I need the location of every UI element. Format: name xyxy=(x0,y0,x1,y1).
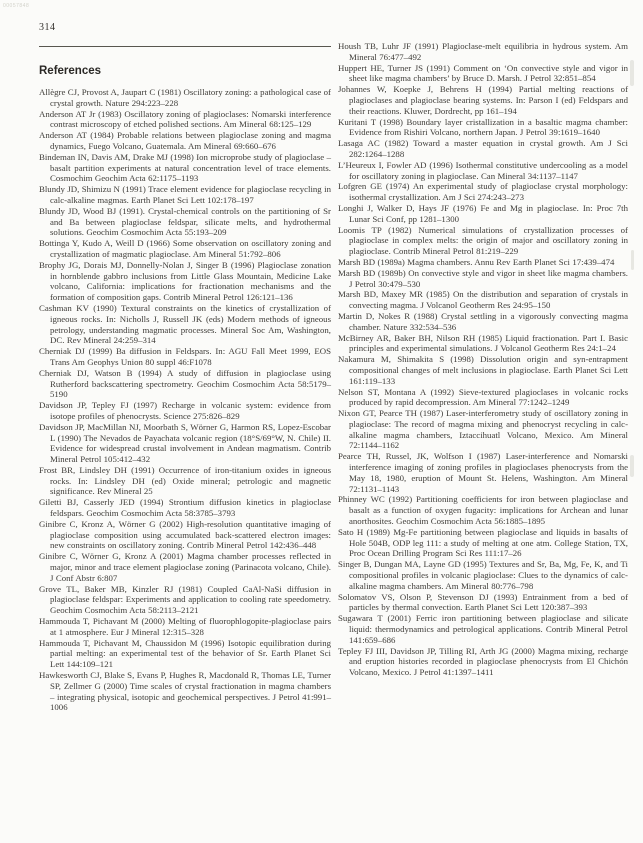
reference-entry: Singer B, Dungan MA, Layne GD (1995) Tex… xyxy=(338,559,628,591)
reference-entry: Loomis TP (1982) Numerical simulations o… xyxy=(338,225,628,257)
page-number: 314 xyxy=(39,22,56,33)
reference-entry: Allègre CJ, Provost A, Jaupart C (1981) … xyxy=(39,87,331,109)
references-column-right: Housh TB, Luhr JF (1991) Plagioclase-mel… xyxy=(338,41,628,678)
reference-entry: Nelson ST, Montana A (1992) Sieve-textur… xyxy=(338,387,628,409)
scan-artifact xyxy=(631,250,634,270)
reference-entry: Cashman KV (1990) Textural constraints o… xyxy=(39,303,331,346)
reference-entry: Giletti BJ, Casserly JED (1994) Strontiu… xyxy=(39,497,331,519)
reference-entry: Solomatov VS, Olson P, Stevenson DJ (199… xyxy=(338,592,628,614)
reference-entry: Nakamura M, Shimakita S (1998) Dissoluti… xyxy=(338,354,628,386)
header-rule xyxy=(39,46,331,47)
reference-entry: Pearce TH, Russel, JK, Wolfson I (1987) … xyxy=(338,451,628,494)
reference-entry: Housh TB, Luhr JF (1991) Plagioclase-mel… xyxy=(338,41,628,63)
reference-entry: Davidson JP, MacMillan NJ, Moorbath S, W… xyxy=(39,422,331,465)
reference-entry: Davidson JP, Tepley FJ (1997) Recharge i… xyxy=(39,400,331,422)
reference-entry: Cherniak DJ (1999) Ba diffusion in Felds… xyxy=(39,346,331,368)
reference-entry: Grove TL, Baker MB, Kinzler RJ (1981) Co… xyxy=(39,584,331,616)
reference-entry: Anderson AT Jr (1983) Oscillatory zoning… xyxy=(39,109,331,131)
reference-entry: Marsh BD, Maxey MR (1985) On the distrib… xyxy=(338,289,628,311)
reference-entry: L’Heureux I, Fowler AD (1996) Isothermal… xyxy=(338,160,628,182)
reference-entry: Anderson AT (1984) Probable relations be… xyxy=(39,130,331,152)
reference-entry: Johannes W, Koepke J, Behrens H (1994) P… xyxy=(338,84,628,116)
scan-artifact xyxy=(630,455,634,477)
reference-entry: Hammouda T, Pichavant M, Chaussidon M (1… xyxy=(39,638,331,670)
reference-entry: Huppert HE, Turner JS (1991) Comment on … xyxy=(338,63,628,85)
reference-entry: Ginibre C, Kronz A, Wörner G (2002) High… xyxy=(39,519,331,551)
reference-entry: Sato H (1989) Mg-Fe partitioning between… xyxy=(338,527,628,559)
reference-entry: Kuritani T (1998) Boundary layer cristal… xyxy=(338,117,628,139)
reference-entry: Tepley FJ III, Davidson JP, Tilling RI, … xyxy=(338,646,628,678)
reference-entry: Ginibre C, Wörner G, Kronz A (2001) Magm… xyxy=(39,551,331,583)
reference-entry: Marsh BD (1989b) On convective style and… xyxy=(338,268,628,290)
reference-entry: Lofgren GE (1974) An experimental study … xyxy=(338,181,628,203)
references-column-left: Allègre CJ, Provost A, Jaupart C (1981) … xyxy=(39,87,331,713)
reference-entry: Longhi J, Walker D, Hays JF (1976) Fe an… xyxy=(338,203,628,225)
reference-entry: Hammouda T, Pichavant M (2000) Melting o… xyxy=(39,616,331,638)
reference-entry: Brophy JG, Dorais MJ, Donnelly-Nolan J, … xyxy=(39,260,331,303)
references-heading: References xyxy=(39,65,101,77)
reference-entry: Nixon GT, Pearce TH (1987) Laser-interfe… xyxy=(338,408,628,451)
reference-entry: Hawkesworth CJ, Blake S, Evans P, Hughes… xyxy=(39,670,331,713)
reference-entry: Blundy JD, Wood BJ (1991). Crystal-chemi… xyxy=(39,206,331,238)
reference-entry: Cherniak DJ, Watson B (1994) A study of … xyxy=(39,368,331,400)
scan-id-watermark: 00057848 xyxy=(3,3,29,9)
reference-entry: Bottinga Y, Kudo A, Weill D (1966) Some … xyxy=(39,238,331,260)
reference-entry: Lasaga AC (1982) Toward a master equatio… xyxy=(338,138,628,160)
reference-entry: Frost BR, Lindsley DH (1991) Occurrence … xyxy=(39,465,331,497)
reference-entry: Sugawara T (2001) Ferric iron partitioni… xyxy=(338,613,628,645)
reference-entry: Martin D, Nokes R (1988) Crystal settlin… xyxy=(338,311,628,333)
reference-entry: McBirney AR, Baker BH, Nilson RH (1985) … xyxy=(338,333,628,355)
reference-entry: Blundy JD, Shimizu N (1991) Trace elemen… xyxy=(39,184,331,206)
scan-artifact xyxy=(630,60,634,86)
reference-entry: Phinney WC (1992) Partitioning coefficie… xyxy=(338,494,628,526)
reference-entry: Marsh BD (1989a) Magma chambers. Annu Re… xyxy=(338,257,628,268)
reference-entry: Bindeman IN, Davis AM, Drake MJ (1998) I… xyxy=(39,152,331,184)
scanned-references-page: { "page": { "scan_id": "00057848", "page… xyxy=(0,0,643,843)
